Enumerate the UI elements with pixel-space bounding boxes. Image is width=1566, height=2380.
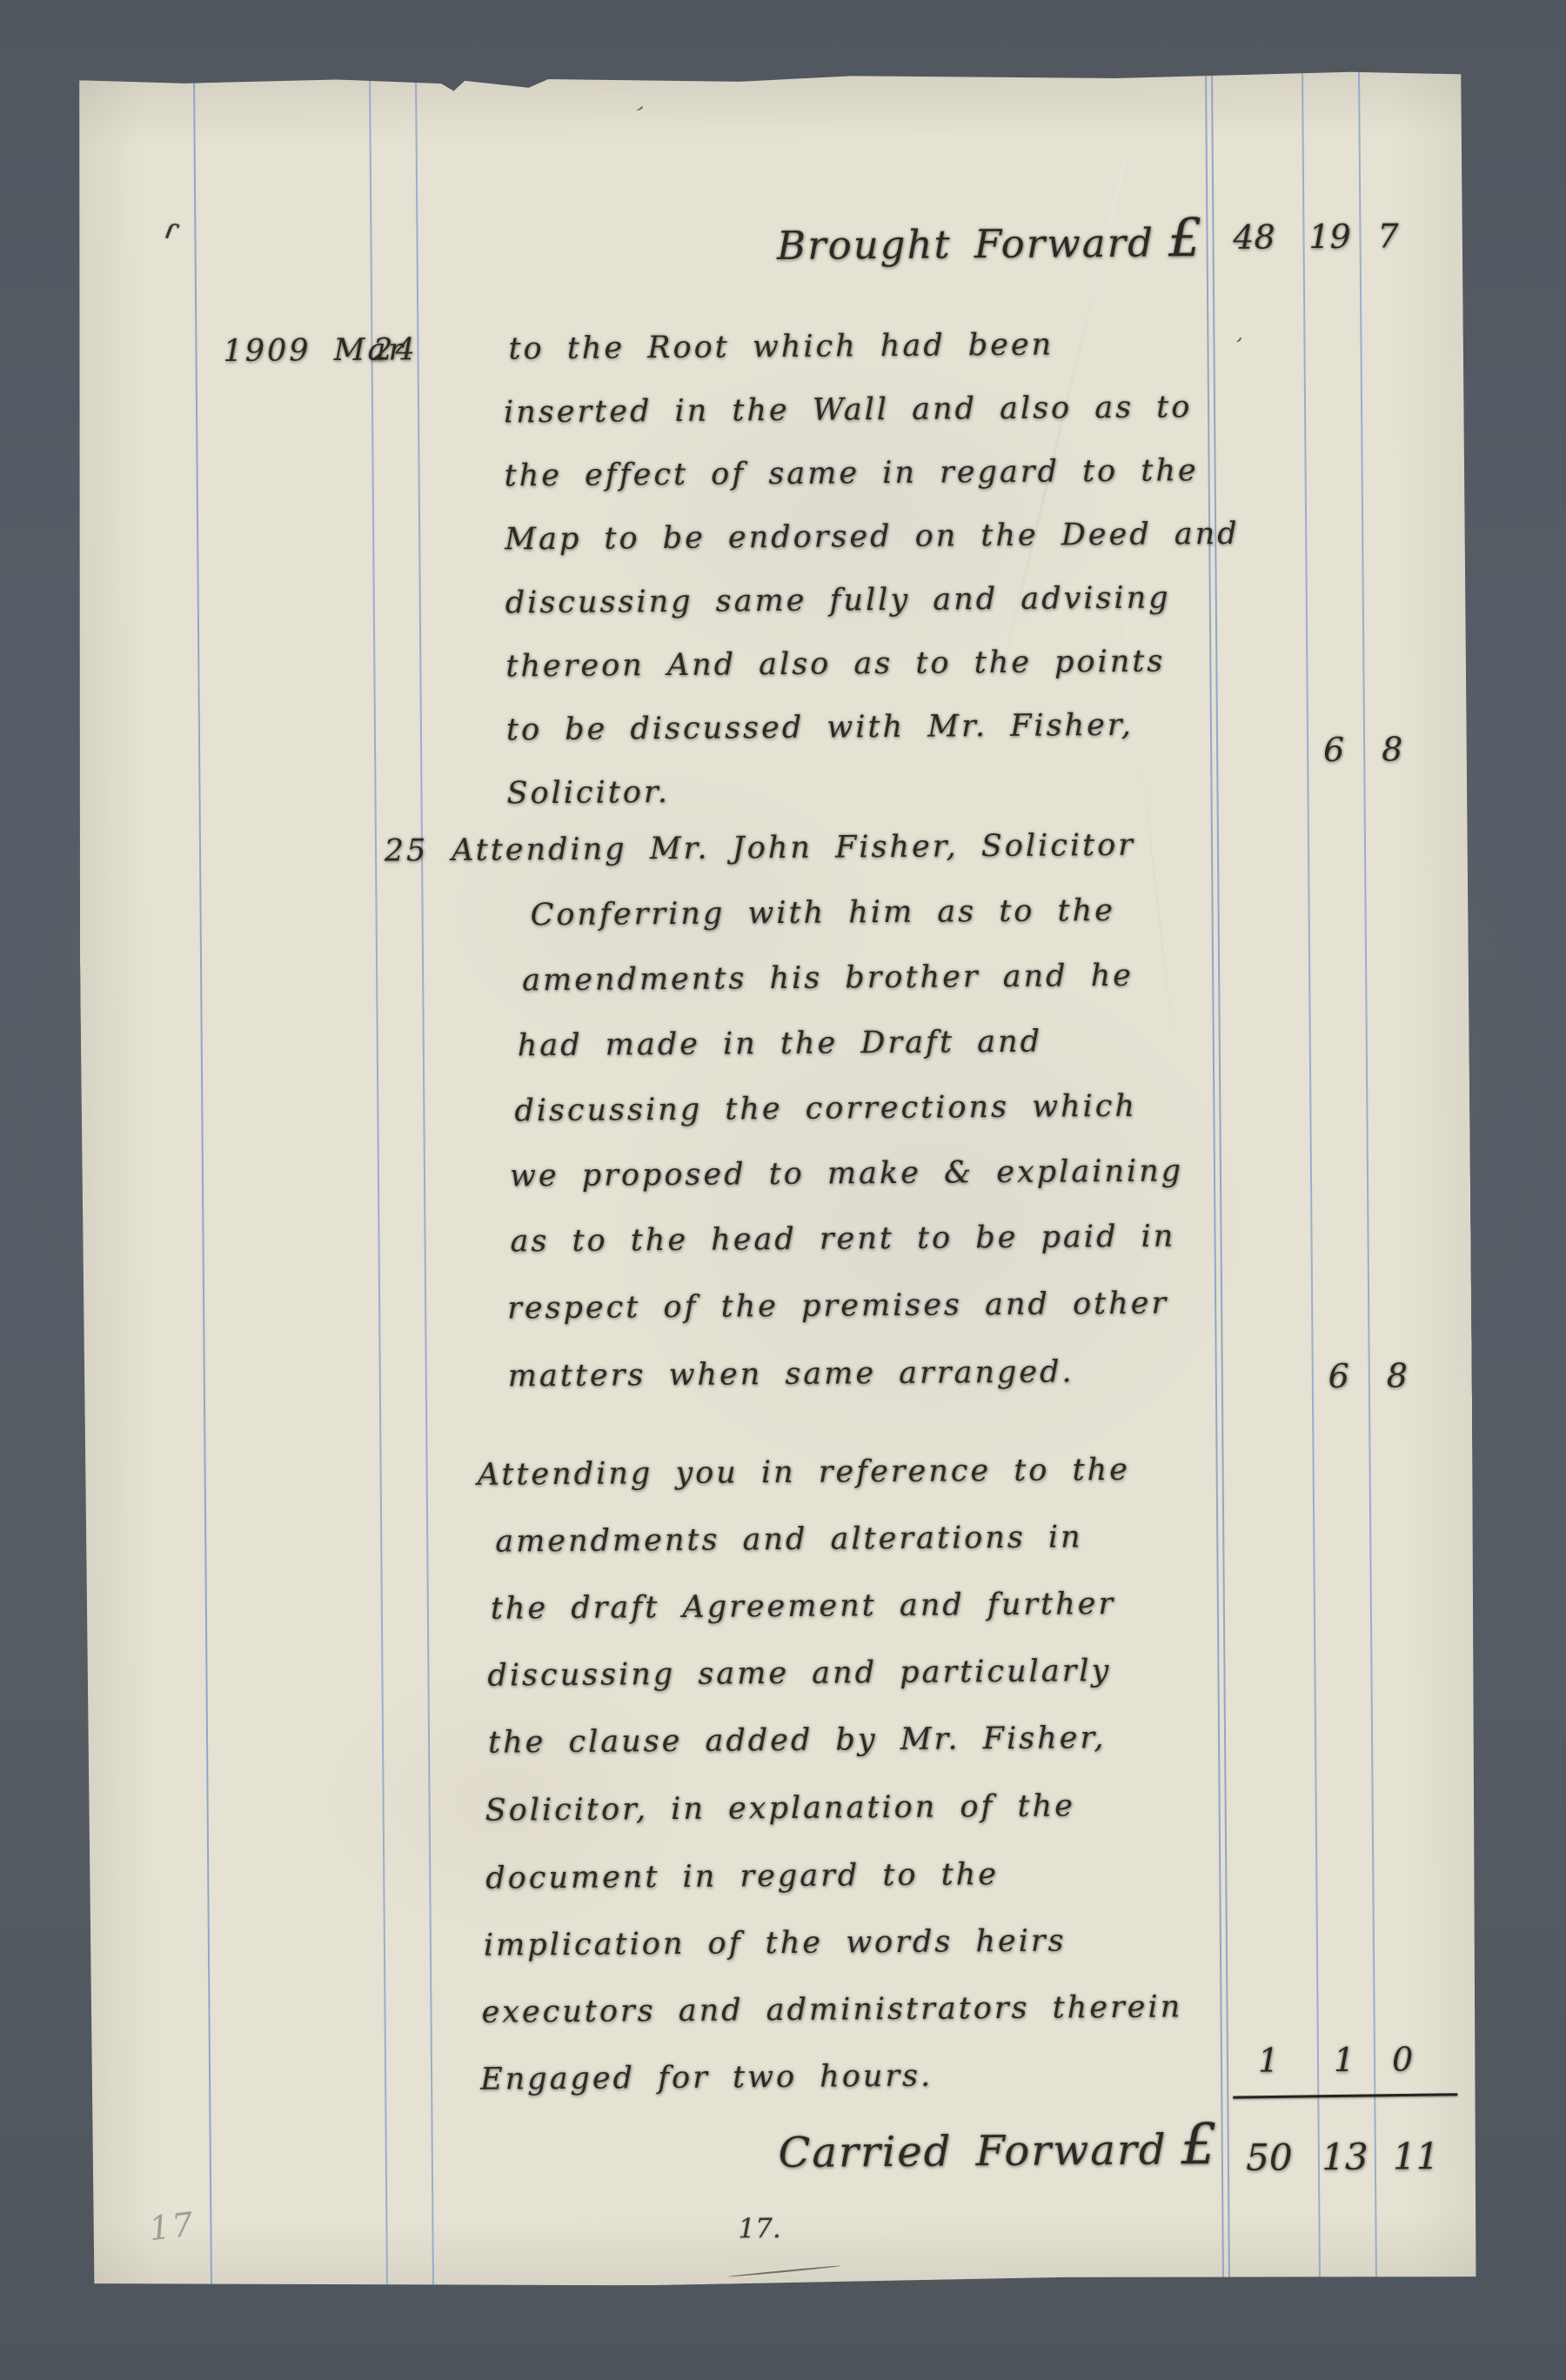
amount-pence: 7 bbox=[1358, 219, 1462, 253]
folio-note: 17. bbox=[738, 2213, 781, 2244]
ledger-line: the clause added by Mr. Fisher, bbox=[488, 1723, 1107, 1759]
ledger-line: Attending you in reference to the bbox=[478, 1455, 1130, 1491]
amount-shillings: 19 bbox=[1301, 220, 1358, 254]
carried-forward-amount: 50 13 11 bbox=[1222, 2138, 1478, 2176]
amount-shillings: 13 bbox=[1316, 2139, 1374, 2176]
ledger-line: Solicitor. bbox=[506, 778, 670, 809]
ledger-line: discussing same fully and advising bbox=[505, 583, 1171, 618]
ledger-line: Map to be endorsed on the Deed and bbox=[505, 519, 1240, 556]
ledger-entry: 1909 Mar 24 to the Root which had been i… bbox=[73, 70, 1462, 81]
entry-date: 1909 Mar bbox=[223, 336, 367, 367]
entry-day: 24 bbox=[371, 335, 419, 365]
ledger-line: Engaged for two hours. bbox=[480, 2062, 933, 2096]
amount-pence: 8 bbox=[1362, 732, 1467, 766]
pound-sign: £ bbox=[1154, 208, 1204, 269]
amount-pounds bbox=[1211, 733, 1305, 767]
shillings-column-rule bbox=[1302, 70, 1321, 2280]
amount-pounds: 1 bbox=[1221, 2043, 1315, 2077]
ledger-line: the draft Agreement and further bbox=[491, 1589, 1116, 1625]
ledger-line: we proposed to make & explaining bbox=[510, 1156, 1183, 1192]
pence-column-rule bbox=[1358, 70, 1377, 2280]
ledger-line: inserted in the Wall and also as to bbox=[504, 392, 1193, 428]
pound-sign: £ bbox=[1167, 2112, 1219, 2177]
amount-pence: 8 bbox=[1368, 1359, 1472, 1393]
carried-forward-line: Carried Forward£ bbox=[778, 2117, 1219, 2177]
ledger-line: to the Root which had been bbox=[508, 330, 1054, 364]
total-rule bbox=[1233, 2093, 1457, 2098]
ledger-line: discussing the corrections which bbox=[514, 1092, 1137, 1127]
ledger-line: respect of the premises and other bbox=[507, 1288, 1168, 1324]
brought-forward-amount: 48 19 7 bbox=[1207, 219, 1462, 254]
entry-amount: 6 8 bbox=[1216, 1359, 1472, 1394]
ledger-line: Attending Mr. John Fisher, Solicitor bbox=[452, 831, 1135, 866]
amount-shillings: 1 bbox=[1315, 2043, 1373, 2077]
ledger-line: amendments and alterations in bbox=[495, 1522, 1083, 1557]
ink-speck: , bbox=[1236, 323, 1245, 345]
left-margin-rule bbox=[193, 79, 212, 2289]
entry-day: 25 bbox=[382, 836, 431, 866]
entry-amount: 6 8 bbox=[1211, 732, 1467, 767]
folio-underline bbox=[728, 2265, 841, 2277]
ledger-line: document in regard to the bbox=[485, 1860, 999, 1895]
ink-speck: ’ bbox=[629, 102, 646, 129]
amount-shillings: 6 bbox=[1305, 733, 1362, 767]
amount-shillings: 6 bbox=[1310, 1360, 1368, 1394]
day-column-rule-right bbox=[415, 77, 434, 2287]
ledger-line: executors and administrators therein bbox=[481, 1992, 1182, 2028]
day-column-rule-left bbox=[369, 78, 388, 2288]
ledger-entry: 25 Attending Mr. John Fisher, Solicitor … bbox=[73, 70, 1462, 81]
entry-amount: 1 1 0 bbox=[1221, 2042, 1477, 2077]
amount-pounds: 50 bbox=[1222, 2139, 1316, 2176]
ledger-line: discussing same and particularly bbox=[487, 1656, 1111, 1692]
amount-pounds bbox=[1216, 1360, 1310, 1394]
brought-forward-line: Brought Forward£ bbox=[777, 212, 1204, 269]
entry-year: 1909 bbox=[223, 333, 311, 369]
amount-pence: 11 bbox=[1374, 2138, 1478, 2176]
ink-blot: ɾ bbox=[162, 211, 181, 247]
ledger-line: to be discussed with Mr. Fisher, bbox=[506, 711, 1134, 746]
amount-pence: 0 bbox=[1373, 2042, 1477, 2076]
ledger-line: the effect of same in regard to the bbox=[505, 456, 1199, 491]
ledger-line: matters when same arranged. bbox=[508, 1357, 1074, 1392]
amount-pounds: 48 bbox=[1207, 220, 1301, 254]
ledger-line: as to the head rent to be paid in bbox=[510, 1221, 1175, 1257]
ledger-line: thereon And also as to the points bbox=[505, 646, 1165, 682]
ledger-entry: Attending you in reference to the amendm… bbox=[73, 70, 1462, 81]
ledger-line: had made in the Draft and bbox=[518, 1027, 1042, 1062]
ledger-line: implication of the words heirs bbox=[484, 1926, 1067, 1961]
carried-forward-label: Carried Forward bbox=[778, 2126, 1167, 2178]
margin-pencil-note: 17 bbox=[147, 2205, 197, 2249]
ledger-line: amendments his brother and he bbox=[522, 961, 1134, 997]
ledger-page: ɾ ’ , Brought Forward£ 48 19 7 1909 Mar … bbox=[73, 70, 1479, 2290]
ledger-line: Solicitor, in explanation of the bbox=[485, 1791, 1075, 1826]
ledger-line: Conferring with him as to the bbox=[530, 896, 1115, 931]
brought-forward-label: Brought Forward bbox=[777, 220, 1154, 269]
